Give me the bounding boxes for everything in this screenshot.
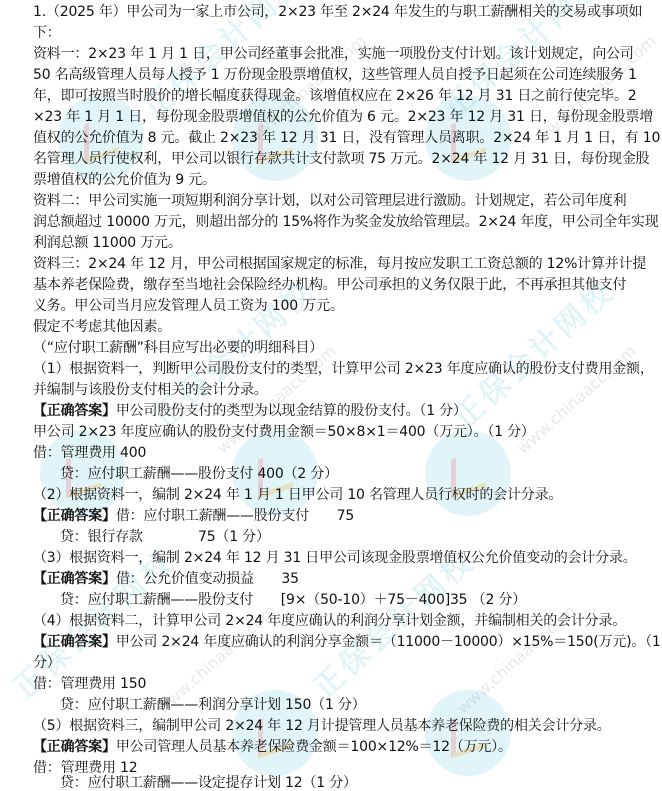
answer-text: 甲公司股份支付的类型为以现金结算的股份支付。（1 分） [116,403,467,419]
material-1-line: 票增值权的公允价值为 9 元。 [33,170,216,190]
journal-debit: 借：公允价值变动损益 35 [116,571,299,587]
part-4-answer: 【正确答案】甲公司 2×24 年度应确认的利润分享金额＝（11000－10000… [33,632,661,652]
part-3-question: （3）根据资料一，编制 2×24 年 12 月 31 日甲公司该现金股票增值权公… [33,548,637,568]
answer-tag: 【正确答案】 [33,634,116,650]
journal-credit: 贷：应付职工薪酬——利润分享计划 150（1 分） [60,695,366,715]
material-1-line: 名管理人员行使权利，甲公司以银行存款共计支付款项 75 万元。2×24 年 12… [33,149,649,169]
material-1-line: 资料一：2×23 年 1 月 1 日，甲公司经董事会批准，实施一项股份支付计划。… [33,44,634,64]
material-1-line: 50 名高级管理人员每人授予 1 万份现金股票增值权，这些管理人员自授予日起须在… [33,65,637,85]
part-4-answer: 分） [33,653,61,673]
question-header-line: 1.（2025 年）甲公司为一家上市公司，2×23 年至 2×24 年发生的与职… [33,2,642,22]
journal-credit: 贷：应付职工薪酬——股份支付 [9×（50-10）＋75－400]35 （2 分… [60,590,526,610]
part-2-answer: 【正确答案】借：应付职工薪酬——股份支付 75 [33,506,354,526]
part-4-question: （4）根据资料二，计算甲公司 2×24 年度应确认的利润分享计划金额，并编制相关… [33,611,626,631]
part-5-question: （5）根据资料三，编制甲公司 2×24 年 12 月计提管理人员基本养老保险费的… [33,716,611,736]
journal-credit: 贷：应付职工薪酬——股份支付 400（2 分） [60,464,338,484]
journal-credit: 贷：应付职工薪酬——设定提存计划 12（1 分） [60,773,357,791]
material-1-line: ×23 年 1 月 1 日，每份现金股票增值权的公允价值为 6 元。2×23 年… [33,107,653,127]
material-2-line: 资料二：甲公司实施一项短期利润分享计划，以对公司管理层进行激励。计划规定，若公司… [33,191,626,211]
part-1-answer: 甲公司 2×23 年度应确认的股份支付费用金额＝50×8×1＝400（万元）。（… [33,422,535,442]
material-1-line: 值权的公允价值为 8 元。截止 2×23 年 12 月 31 日，没有管理人员离… [33,128,660,148]
question-document: 1.（2025 年）甲公司为一家上市公司，2×23 年至 2×24 年发生的与职… [0,0,662,791]
answer-tag: 【正确答案】 [33,508,116,524]
question-header-line: 下： [33,23,61,43]
journal-debit: 借：管理费用 150 [33,674,146,694]
answer-text: 甲公司 2×24 年度应确认的利润分享金额＝（11000－10000）×15%＝… [116,634,661,650]
journal-credit: 贷：银行存款 75（1 分） [60,527,270,547]
part-5-answer: 【正确答案】甲公司管理人员基本养老保险费金额＝100×12%＝12（万元）。 [33,737,512,757]
assumption-line: 假定不考虑其他因素。 [33,317,171,337]
material-3-line: 基本养老保险费，缴存至当地社会保险经办机构。甲公司承担的义务仅限于此，不再承担其… [33,275,626,295]
part-3-answer: 【正确答案】借：公允价值变动损益 35 [33,569,299,589]
material-3-line: 义务。甲公司当月应发管理人员工资为 100 万元。 [33,296,344,316]
material-1-line: 年，即可按照当时股价的增长幅度获得现金。该增值权应在 2×26 年 12 月 3… [33,86,637,106]
answer-tag: 【正确答案】 [33,571,116,587]
material-2-line: 利润总额 11000 万元。 [33,233,182,253]
part-2-question: （2）根据资料一，编制 2×24 年 1 月 1 日甲公司 10 名管理人员行权… [33,485,562,505]
part-1-question: 并编制与该股份支付相关的会计分录。 [33,380,268,400]
part-1-question: （1）根据资料一，判断甲公司股份支付的类型，计算甲公司 2×23 年度应确认的股… [33,359,654,379]
material-3-line: 资料三：2×24 年 12 月，甲公司根据国家规定的标准，每月按应发职工工资总额… [33,254,646,274]
journal-debit: 借：管理费用 400 [33,443,146,463]
journal-debit: 借：应付职工薪酬——股份支付 75 [116,508,354,524]
answer-text: 甲公司管理人员基本养老保险费金额＝100×12%＝12（万元）。 [116,739,512,755]
answer-tag: 【正确答案】 [33,739,116,755]
note-line: （“应付职工薪酬”科目应写出必要的明细科目） [33,338,323,358]
material-2-line: 润总额超过 10000 万元，则超出部分的 15%将作为奖金发放给管理层。2×2… [33,212,659,232]
answer-tag: 【正确答案】 [33,403,116,419]
part-1-answer: 【正确答案】甲公司股份支付的类型为以现金结算的股份支付。（1 分） [33,401,467,421]
